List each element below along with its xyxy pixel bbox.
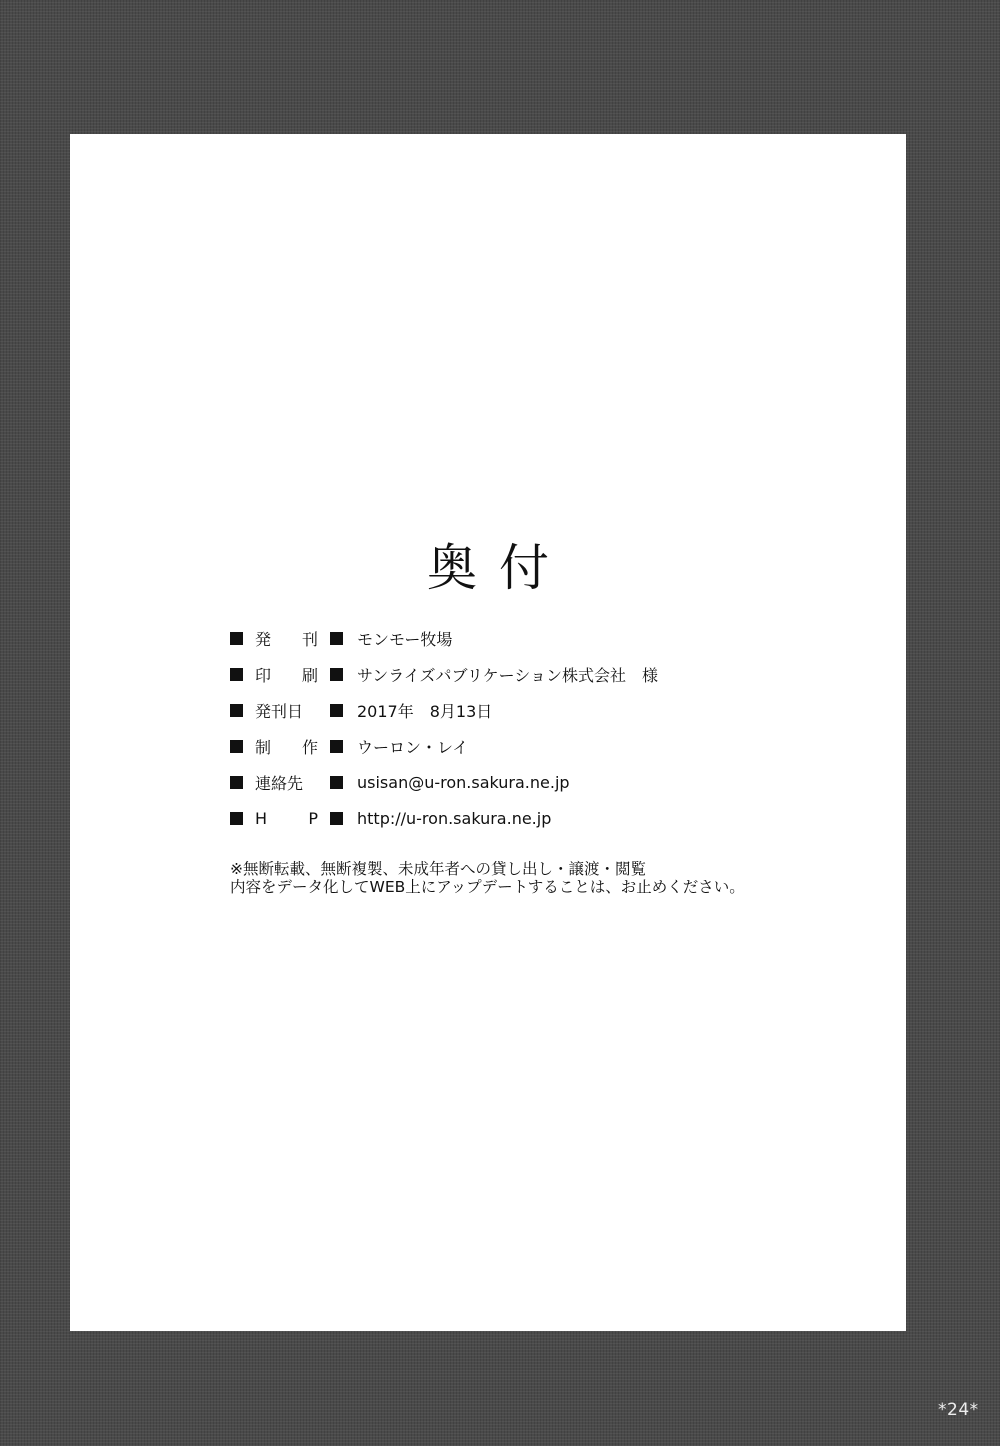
contact-email: usisan@u-ron.sakura.ne.jp [357,773,570,792]
row-label: 制 作 [243,735,318,758]
page-title: 奥付 [70,538,906,598]
colophon-table: 発 刊 モンモー牧場 印 刷 サンライズパブリケーション株式会社 様 発刊日 2… [230,620,658,836]
row-publish-date: 発刊日 2017年 8月13日 [230,692,658,728]
row-contact: 連絡先 usisan@u-ron.sakura.ne.jp [230,764,658,800]
bullet-square-icon [330,668,343,681]
colophon-page: 奥付 発 刊 モンモー牧場 印 刷 サンライズパブリケーション株式会社 様 発刊… [70,134,906,1331]
bullet-square-icon [230,740,243,753]
bullet-square-icon [230,632,243,645]
row-label: 連絡先 [243,771,318,794]
row-value: ウーロン・レイ [357,735,468,758]
homepage-url: http://u-ron.sakura.ne.jp [357,809,551,828]
bullet-square-icon [230,704,243,717]
bullet-square-icon [330,704,343,717]
row-value: モンモー牧場 [357,627,452,650]
row-publisher: 発 刊 モンモー牧場 [230,620,658,656]
row-label: 発刊日 [243,699,318,722]
row-printer: 印 刷 サンライズパブリケーション株式会社 様 [230,656,658,692]
bullet-square-icon [330,812,343,825]
page-number: *24* [938,1400,979,1420]
bullet-square-icon [330,632,343,645]
row-value: 2017年 8月13日 [357,699,492,722]
row-label: 印 刷 [243,663,318,686]
notice-line: 内容をデータ化してWEB上にアップデートすることは、お止めください。 [230,878,745,896]
row-label: H P [243,809,318,828]
bullet-square-icon [230,812,243,825]
row-author: 制 作 ウーロン・レイ [230,728,658,764]
bullet-square-icon [230,776,243,789]
row-label: 発 刊 [243,627,318,650]
bullet-square-icon [230,668,243,681]
bullet-square-icon [330,740,343,753]
notice-line: ※無断転載、無断複製、未成年者への貸し出し・譲渡・閲覧 [230,860,745,878]
bullet-square-icon [330,776,343,789]
copyright-notice: ※無断転載、無断複製、未成年者への貸し出し・譲渡・閲覧 内容をデータ化してWEB… [230,860,745,896]
row-value: サンライズパブリケーション株式会社 様 [357,663,658,686]
row-homepage: H P http://u-ron.sakura.ne.jp [230,800,658,836]
